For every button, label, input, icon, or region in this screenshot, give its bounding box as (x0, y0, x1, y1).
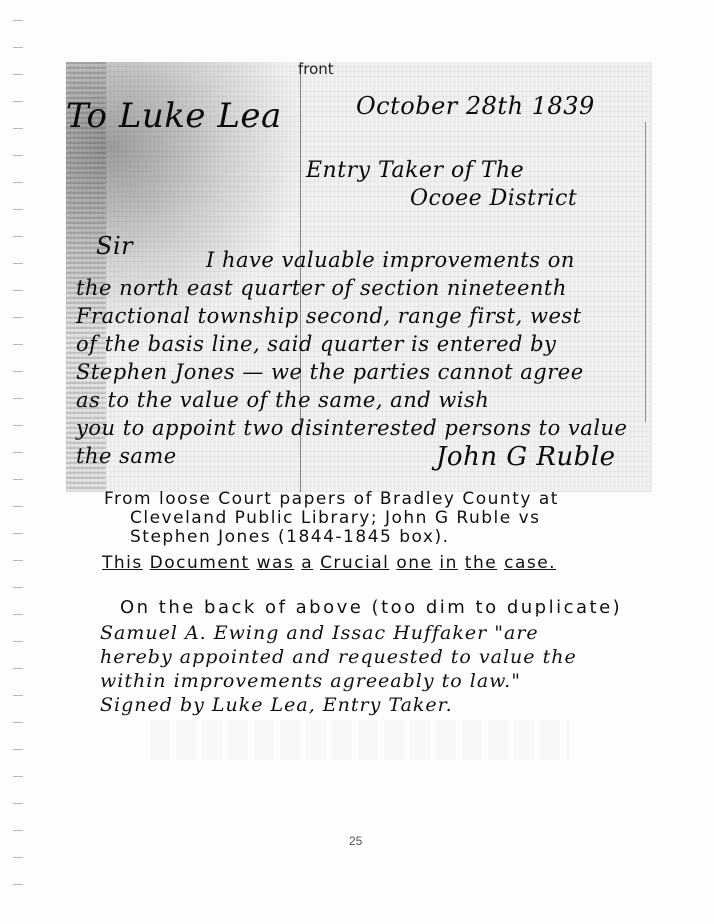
letter-signature: John G Ruble (436, 442, 616, 472)
binding-tick-mark (13, 344, 23, 345)
binding-tick-mark (13, 749, 23, 750)
binding-tick-mark (13, 290, 23, 291)
crucial-document-note: This Document was a Crucial one in the c… (102, 553, 556, 573)
binding-tick-mark (13, 317, 23, 318)
note-word: case. (504, 553, 556, 573)
back-transcription-line: within improvements agreeably to law." (100, 670, 521, 692)
bleed-through-text (150, 720, 570, 760)
back-heading: On the back of above (too dim to duplica… (120, 597, 622, 618)
note-word: This (102, 553, 143, 573)
binding-tick-mark (13, 371, 23, 372)
note-word: Crucial (320, 553, 389, 573)
caption-line: From loose Court papers of Bradley Count… (104, 489, 559, 509)
binding-tick-mark (13, 668, 23, 669)
letter-body-line: the same (76, 444, 177, 468)
binding-tick-mark (13, 209, 23, 210)
binding-tick-mark (13, 74, 23, 75)
note-word: Document (150, 553, 250, 573)
photocopied-letter: To Luke Lea October 28th 1839 Entry Take… (66, 62, 652, 492)
note-word: the (465, 553, 497, 573)
binding-tick-mark (13, 20, 23, 21)
binding-tick-mark (13, 425, 23, 426)
note-word: a (301, 553, 313, 573)
back-transcription-line: Samuel A. Ewing and Issac Huffaker "are (100, 622, 539, 644)
binding-tick-mark (13, 155, 23, 156)
page-number: 25 (349, 834, 362, 848)
letter-salutation-to: To Luke Lea (66, 96, 282, 136)
note-word: was (257, 553, 295, 573)
note-word: one (396, 553, 432, 573)
binding-tick-mark (13, 236, 23, 237)
caption-line: Stephen Jones (1844-1845 box). (130, 527, 450, 547)
binding-tick-mark (13, 101, 23, 102)
document-page: To Luke Lea October 28th 1839 Entry Take… (0, 0, 714, 924)
binding-tick-mark (13, 857, 23, 858)
binding-tick-marks (10, 20, 26, 910)
binding-tick-mark (13, 776, 23, 777)
binding-tick-mark (13, 803, 23, 804)
scan-edge-line (645, 122, 646, 422)
back-transcription-line: hereby appointed and requested to value … (100, 646, 577, 668)
letter-body-line: Stephen Jones — we the parties cannot ag… (76, 360, 584, 384)
letter-addressee-title-line2: Ocoee District (410, 186, 577, 211)
caption-line: Cleveland Public Library; John G Ruble v… (130, 508, 541, 528)
binding-tick-mark (13, 587, 23, 588)
letter-body-line: I have valuable improvements on (206, 248, 575, 272)
binding-tick-mark (13, 884, 23, 885)
letter-body-line: you to appoint two disinterested persons… (76, 416, 628, 440)
note-word: in (439, 553, 458, 573)
binding-tick-mark (13, 533, 23, 534)
letter-body-line: the north east quarter of section ninete… (76, 276, 567, 300)
binding-tick-mark (13, 506, 23, 507)
binding-tick-mark (13, 47, 23, 48)
letter-body-line: as to the value of the same, and wish (76, 388, 489, 412)
binding-tick-mark (13, 452, 23, 453)
letter-date: October 28th 1839 (356, 92, 595, 120)
binding-tick-mark (13, 830, 23, 831)
letter-body-line: of the basis line, said quarter is enter… (76, 332, 556, 356)
binding-tick-mark (13, 128, 23, 129)
binding-tick-mark (13, 641, 23, 642)
binding-tick-mark (13, 182, 23, 183)
front-label: front (298, 60, 334, 78)
letter-addressee-title-line1: Entry Taker of The (306, 158, 524, 183)
letter-body-line: Fractional township second, range first,… (76, 304, 582, 328)
binding-tick-mark (13, 614, 23, 615)
binding-tick-mark (13, 479, 23, 480)
binding-tick-mark (13, 722, 23, 723)
back-transcription-line: Signed by Luke Lea, Entry Taker. (100, 694, 453, 716)
binding-tick-mark (13, 398, 23, 399)
binding-tick-mark (13, 263, 23, 264)
binding-tick-mark (13, 560, 23, 561)
binding-tick-mark (13, 695, 23, 696)
letter-greeting: Sir (96, 232, 133, 260)
